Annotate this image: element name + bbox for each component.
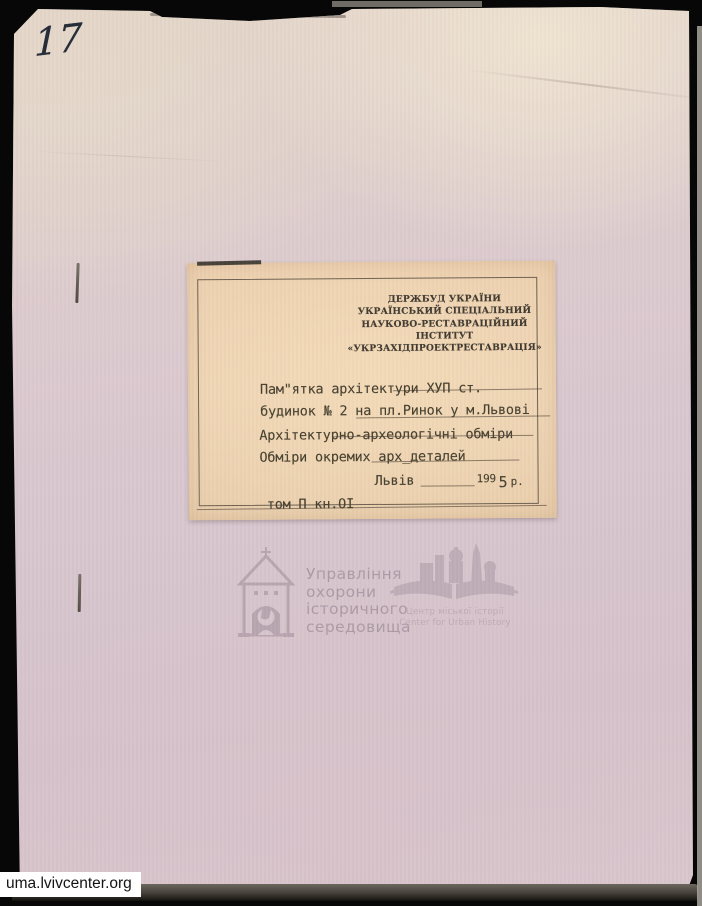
archive-site-watermark: uma.lvivcenter.org bbox=[0, 872, 141, 897]
place-name: Львів bbox=[375, 473, 415, 489]
watermark-line: Центр міської історії bbox=[392, 607, 518, 618]
handwritten-page-number: 17 bbox=[34, 15, 83, 65]
title-line-survey-detail: Обміри окремих арх_деталей bbox=[188, 448, 556, 467]
watermark-line: Center for Urban History bbox=[392, 618, 518, 629]
urban-history-book-logo-icon bbox=[390, 541, 518, 607]
paper-crease bbox=[466, 69, 702, 101]
header-line: НАУКОВО-РЕСТАВРАЦІЙНИЙ bbox=[345, 317, 543, 331]
underlying-page-sliver bbox=[332, 1, 482, 7]
institution-header: ДЕРЖБУД УКРАЇНИ УКРАЇНСЬКИЙ СПЕЦІАЛЬНИЙ … bbox=[345, 293, 543, 356]
year-suffix: р. bbox=[511, 475, 524, 488]
heritage-tower-logo-icon bbox=[232, 547, 300, 644]
paper-sheet: 17 ДЕРЖБУД УКРАЇНИ УКРАЇНСЬКИЙ СПЕЦІАЛЬН… bbox=[10, 6, 694, 898]
header-line: «УКРЗАХІДПРОЕКТРЕСТАВРАЦІЯ» bbox=[346, 342, 544, 356]
scan-edge-sliver bbox=[697, 26, 702, 906]
staple-mark-top bbox=[75, 263, 79, 303]
volume-line: том П кн.ОІ bbox=[189, 495, 557, 514]
paper-crease bbox=[30, 151, 230, 162]
urban-history-watermark-text: Центр міської історії Center for Urban H… bbox=[392, 607, 518, 628]
typed-title-label: ДЕРЖБУД УКРАЇНИ УКРАЇНСЬКИЙ СПЕЦІАЛЬНИЙ … bbox=[187, 261, 557, 521]
ink-smudge bbox=[197, 260, 261, 266]
staple-mark-bottom bbox=[78, 574, 82, 612]
top-edge-fold-mark bbox=[150, 13, 346, 18]
year-typed-digit: 5 bbox=[499, 473, 508, 491]
scanned-document-page: 17 ДЕРЖБУД УКРАЇНИ УКРАЇНСЬКИЙ СПЕЦІАЛЬН… bbox=[0, 0, 702, 906]
header-line: УКРАЇНСЬКИЙ СПЕЦІАЛЬНИЙ bbox=[345, 305, 543, 319]
year-printed-part: 199 bbox=[477, 472, 496, 485]
